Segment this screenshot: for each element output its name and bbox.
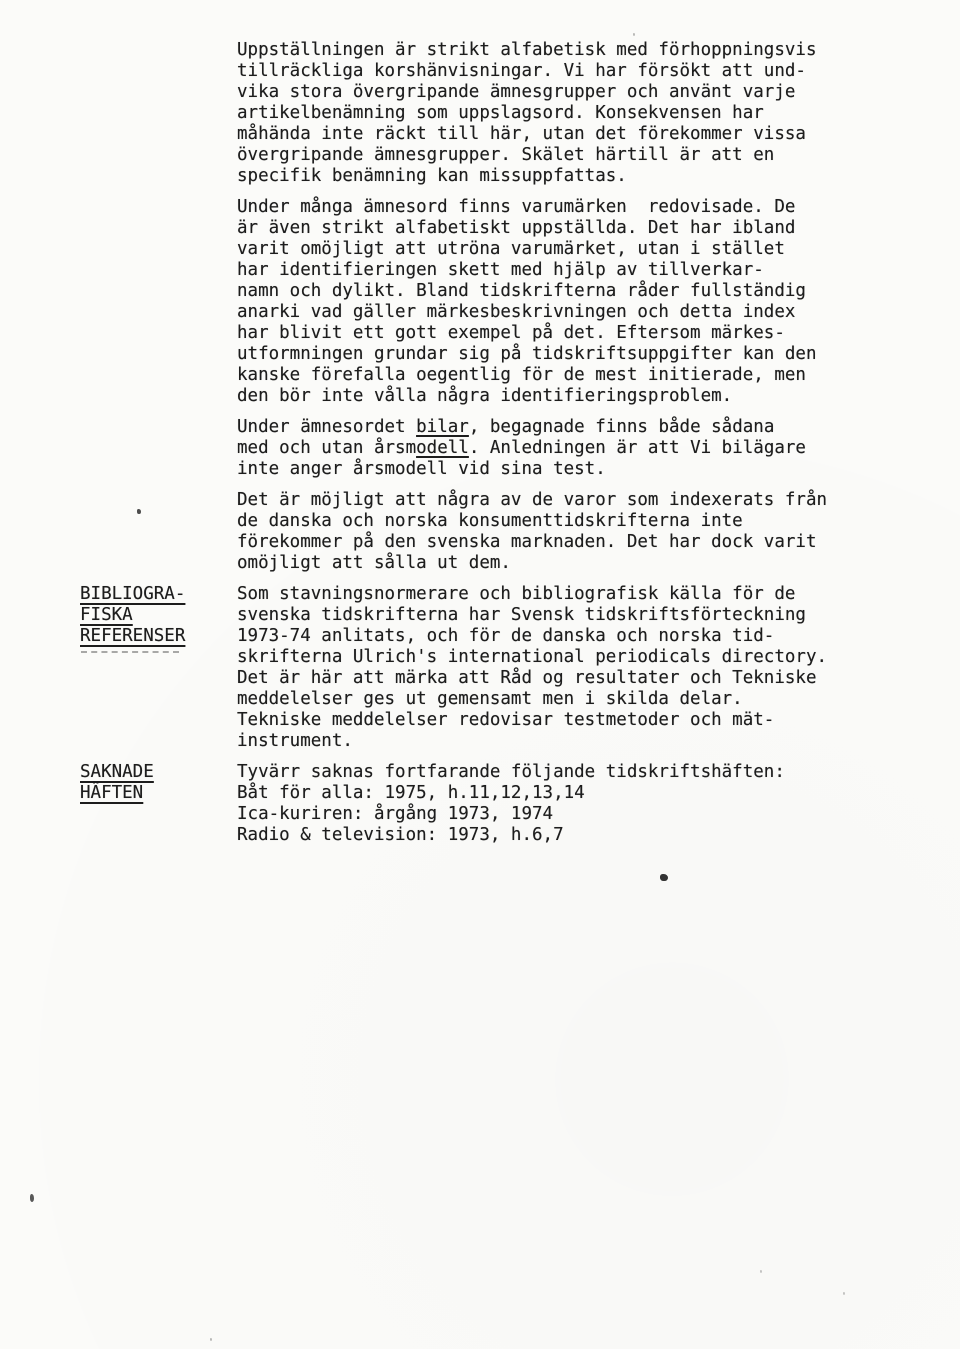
margin-heading: SAKNADEHÄFTEN xyxy=(80,762,230,804)
text-segment: övergripande ämnesgrupper. Skälet härtil… xyxy=(237,145,774,165)
text-segment: tillräckliga korshänvisningar. Vi har fö… xyxy=(237,61,806,81)
text-segment: måhända inte räckt till här, utan det fö… xyxy=(237,124,806,144)
paragraph: Under ämnesordet bilar, begagnade finns … xyxy=(237,417,960,480)
margin-heading: BIBLIOGRA-FISKAREFERENSER xyxy=(80,584,230,653)
margin-heading-line: SAKNADE xyxy=(80,762,230,783)
text-segment: Under ämnesordet xyxy=(237,417,416,437)
paragraph: Det är möjligt att några av de varor som… xyxy=(237,490,960,574)
margin-heading-text: REFERENSER xyxy=(80,626,185,646)
text-segment: de danska och norska konsumenttidskrifte… xyxy=(237,511,743,531)
text-segment: 1973-74 anlitats, och för de danska och … xyxy=(237,626,774,646)
section-saknade-haften: SAKNADEHÄFTENTyvärr saknas fortfarande f… xyxy=(0,762,960,846)
margin-heading-text: FISKA xyxy=(80,605,133,625)
text-segment: omöjligt att sålla ut dem. xyxy=(237,553,511,573)
text-line: Uppställningen är strikt alfabetisk med … xyxy=(237,40,960,61)
text-segment: Tyvärr saknas fortfarande följande tidsk… xyxy=(237,762,785,782)
text-segment: är även strikt alfabetiskt uppställda. D… xyxy=(237,218,795,238)
text-line: utformningen grundar sig på tidskriftsup… xyxy=(237,344,960,365)
text-segment: inte anger årsmodell vid sina test. xyxy=(237,459,606,479)
scan-speck xyxy=(137,509,141,514)
text-segment: har identifieringen skett med hjälp av t… xyxy=(237,260,764,280)
text-line: varit omöjligt att utröna varumärket, ut… xyxy=(237,239,960,260)
margin-heading-line: HÄFTEN xyxy=(80,783,230,804)
paragraph: Uppställningen är strikt alfabetisk med … xyxy=(237,40,960,187)
text-line: Tyvärr saknas fortfarande följande tidsk… xyxy=(237,762,960,783)
text-line: är även strikt alfabetiskt uppställda. D… xyxy=(237,218,960,239)
text-line: kanske förefalla oegentlig för de mest i… xyxy=(237,365,960,386)
text-segment: . Anledningen är att Vi bilägare xyxy=(469,438,806,458)
text-segment: den bör inte vålla några identifieringsp… xyxy=(237,386,732,406)
scanned-document-page: Uppställningen är strikt alfabetisk med … xyxy=(0,0,960,1349)
text-line: Det är möjligt att några av de varor som… xyxy=(237,490,960,511)
scan-speck xyxy=(660,874,668,881)
text-line: Som stavningsnormerare och bibliografisk… xyxy=(237,584,960,605)
text-line: med och utan årsmodell. Anledningen är a… xyxy=(237,438,960,459)
text-segment: Som stavningsnormerare och bibliografisk… xyxy=(237,584,795,604)
paragraph-bilar: Under ämnesordet bilar, begagnade finns … xyxy=(0,417,960,480)
text-segment: Det är möjligt att några av de varor som… xyxy=(237,490,827,510)
text-segment: varit omöjligt att utröna varumärket, ut… xyxy=(237,239,785,259)
text-line: specifik benämning kan missuppfattas. xyxy=(237,166,960,187)
text-segment: anarki vad gäller märkesbeskrivningen oc… xyxy=(237,302,795,322)
margin-heading-line: BIBLIOGRA- xyxy=(80,584,230,605)
text-line: Båt för alla: 1975, h.11,12,13,14 xyxy=(237,783,960,804)
paragraph-varumarken: Under många ämnesord finns varumärken re… xyxy=(0,197,960,407)
margin-heading-text: HÄFTEN xyxy=(80,783,143,803)
text-line: måhända inte räckt till här, utan det fö… xyxy=(237,124,960,145)
text-segment: Under många ämnesord finns varumärken re… xyxy=(237,197,795,217)
text-line: de danska och norska konsumenttidskrifte… xyxy=(237,511,960,532)
text-line: vika stora övergripande ämnesgrupper och… xyxy=(237,82,960,103)
paragraph: Tyvärr saknas fortfarande följande tidsk… xyxy=(237,762,960,846)
text-line: har blivit ett gott exempel på det. Efte… xyxy=(237,323,960,344)
text-segment: Radio & television: 1973, h.6,7 xyxy=(237,825,564,845)
text-segment: utformningen grundar sig på tidskriftsup… xyxy=(237,344,816,364)
text-segment: skrifterna Ulrich's international period… xyxy=(237,647,827,667)
scan-speck xyxy=(633,33,635,36)
text-segment: Båt för alla: 1975, h.11,12,13,14 xyxy=(237,783,585,803)
paragraph: Under många ämnesord finns varumärken re… xyxy=(237,197,960,407)
document-body: Uppställningen är strikt alfabetisk med … xyxy=(0,0,960,846)
paragraph: Som stavningsnormerare och bibliografisk… xyxy=(237,584,960,752)
text-line: instrument. xyxy=(237,731,960,752)
text-line: tillräckliga korshänvisningar. Vi har fö… xyxy=(237,61,960,82)
text-segment: artikelbenämning som uppslagsord. Konsek… xyxy=(237,103,764,123)
text-line: omöjligt att sålla ut dem. xyxy=(237,553,960,574)
scan-speck xyxy=(30,1194,34,1202)
text-segment: vika stora övergripande ämnesgrupper och… xyxy=(237,82,795,102)
underlined-text: bilar xyxy=(416,417,469,437)
text-line: skrifterna Ulrich's international period… xyxy=(237,647,960,668)
text-segment: Det är här att märka att Råd og resultat… xyxy=(237,668,816,688)
text-segment: Uppställningen är strikt alfabetisk med … xyxy=(237,40,816,60)
scan-speck xyxy=(843,1292,845,1295)
text-line: Tekniske meddelelser redovisar testmetod… xyxy=(237,710,960,731)
scan-speck xyxy=(210,1338,212,1341)
text-segment: har blivit ett gott exempel på det. Efte… xyxy=(237,323,785,343)
text-line: artikelbenämning som uppslagsord. Konsek… xyxy=(237,103,960,124)
section-bibliografiska-referenser: BIBLIOGRA-FISKAREFERENSERSom stavningsno… xyxy=(0,584,960,752)
text-segment: svenska tidskrifterna har Svensk tidskri… xyxy=(237,605,806,625)
text-line: meddelelser ges ut gemensamt men i skild… xyxy=(237,689,960,710)
margin-heading-line: REFERENSER xyxy=(80,626,230,647)
text-segment: kanske förefalla oegentlig för de mest i… xyxy=(237,365,806,385)
paragraph-uppstallningen: Uppställningen är strikt alfabetisk med … xyxy=(0,40,960,187)
text-line: Ica-kuriren: årgång 1973, 1974 xyxy=(237,804,960,825)
text-line: förekommer på den svenska marknaden. Det… xyxy=(237,532,960,553)
margin-heading-text: SAKNADE xyxy=(80,762,154,782)
text-line: anarki vad gäller märkesbeskrivningen oc… xyxy=(237,302,960,323)
text-line: inte anger årsmodell vid sina test. xyxy=(237,459,960,480)
paragraph-indexerats: Det är möjligt att några av de varor som… xyxy=(0,490,960,574)
text-line: Under många ämnesord finns varumärken re… xyxy=(237,197,960,218)
text-line: Det är här att märka att Råd og resultat… xyxy=(237,668,960,689)
text-line: namn och dylikt. Bland tidskrifterna råd… xyxy=(237,281,960,302)
text-segment: Ica-kuriren: årgång 1973, 1974 xyxy=(237,804,553,824)
underlined-text: odell xyxy=(416,438,469,458)
text-line: Under ämnesordet bilar, begagnade finns … xyxy=(237,417,960,438)
text-segment: med och utan årsm xyxy=(237,438,416,458)
text-line: har identifieringen skett med hjälp av t… xyxy=(237,260,960,281)
text-segment: meddelelser ges ut gemensamt men i skild… xyxy=(237,689,743,709)
text-segment: namn och dylikt. Bland tidskrifterna råd… xyxy=(237,281,806,301)
margin-heading-text: BIBLIOGRA- xyxy=(80,584,185,604)
text-line: den bör inte vålla några identifieringsp… xyxy=(237,386,960,407)
text-line: svenska tidskrifterna har Svensk tidskri… xyxy=(237,605,960,626)
text-line: 1973-74 anlitats, och för de danska och … xyxy=(237,626,960,647)
text-segment: instrument. xyxy=(237,731,353,751)
text-segment: Tekniske meddelelser redovisar testmetod… xyxy=(237,710,774,730)
text-line: övergripande ämnesgrupper. Skälet härtil… xyxy=(237,145,960,166)
text-segment: , begagnade finns både sådana xyxy=(469,417,775,437)
text-line: Radio & television: 1973, h.6,7 xyxy=(237,825,960,846)
text-segment: förekommer på den svenska marknaden. Det… xyxy=(237,532,816,552)
margin-heading-line: FISKA xyxy=(80,605,230,626)
text-segment: specifik benämning kan missuppfattas. xyxy=(237,166,627,186)
scan-speck xyxy=(760,1270,762,1273)
